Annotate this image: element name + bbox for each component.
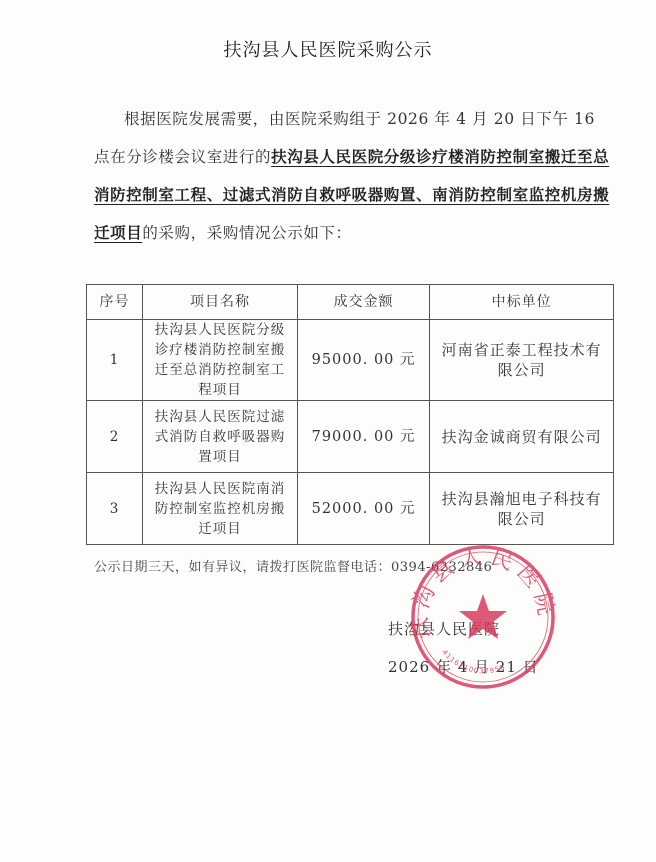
table-header-row: 序号 项目名称 成交金额 中标单位 xyxy=(87,285,614,320)
cell-project: 扶沟县人民医院分级诊疗楼消防控制室搬迁至总消防控制室工程项目 xyxy=(142,320,297,401)
cell-no: 2 xyxy=(87,401,143,473)
intro-tail: 的采购，采购情况公示如下： xyxy=(142,224,351,242)
cell-no: 3 xyxy=(87,473,143,545)
cell-winner: 河南省正泰工程技术有限公司 xyxy=(430,320,614,401)
svg-text:4116210037959: 4116210037959 xyxy=(440,648,506,675)
table-row: 3 扶沟县人民医院南消防控制室监控机房搬迁项目 52000. 00 元 扶沟县瀚… xyxy=(87,473,614,545)
star-icon xyxy=(459,594,507,639)
header-project: 项目名称 xyxy=(142,285,297,320)
intro-paragraph: 根据医院发展需要，由医院采购组于 2026 年 4 月 20 日下午 16 点在… xyxy=(94,100,614,252)
cell-project: 扶沟县人民医院过滤式消防自救呼吸器购置项目 xyxy=(142,401,297,473)
cell-project: 扶沟县人民医院南消防控制室监控机房搬迁项目 xyxy=(142,473,297,545)
procurement-table: 序号 项目名称 成交金额 中标单位 1 扶沟县人民医院分级诊疗楼消防控制室搬迁至… xyxy=(86,284,614,545)
cell-amount: 95000. 00 元 xyxy=(297,320,429,401)
cell-amount: 79000. 00 元 xyxy=(297,401,429,473)
official-seal-icon: 扶沟县人民医院 4116210037959 xyxy=(408,542,558,692)
header-no: 序号 xyxy=(87,285,143,320)
cell-winner: 扶沟金诚商贸有限公司 xyxy=(430,401,614,473)
cell-winner: 扶沟县瀚旭电子科技有限公司 xyxy=(430,473,614,545)
table-row: 1 扶沟县人民医院分级诊疗楼消防控制室搬迁至总消防控制室工程项目 95000. … xyxy=(87,320,614,401)
page-title: 扶沟县人民医院采购公示 xyxy=(0,36,656,62)
table-row: 2 扶沟县人民医院过滤式消防自救呼吸器购置项目 79000. 00 元 扶沟金诚… xyxy=(87,401,614,473)
seal-serial: 4116210037959 xyxy=(440,648,506,675)
header-winner: 中标单位 xyxy=(430,285,614,320)
header-amount: 成交金额 xyxy=(297,285,429,320)
cell-amount: 52000. 00 元 xyxy=(297,473,429,545)
cell-no: 1 xyxy=(87,320,143,401)
